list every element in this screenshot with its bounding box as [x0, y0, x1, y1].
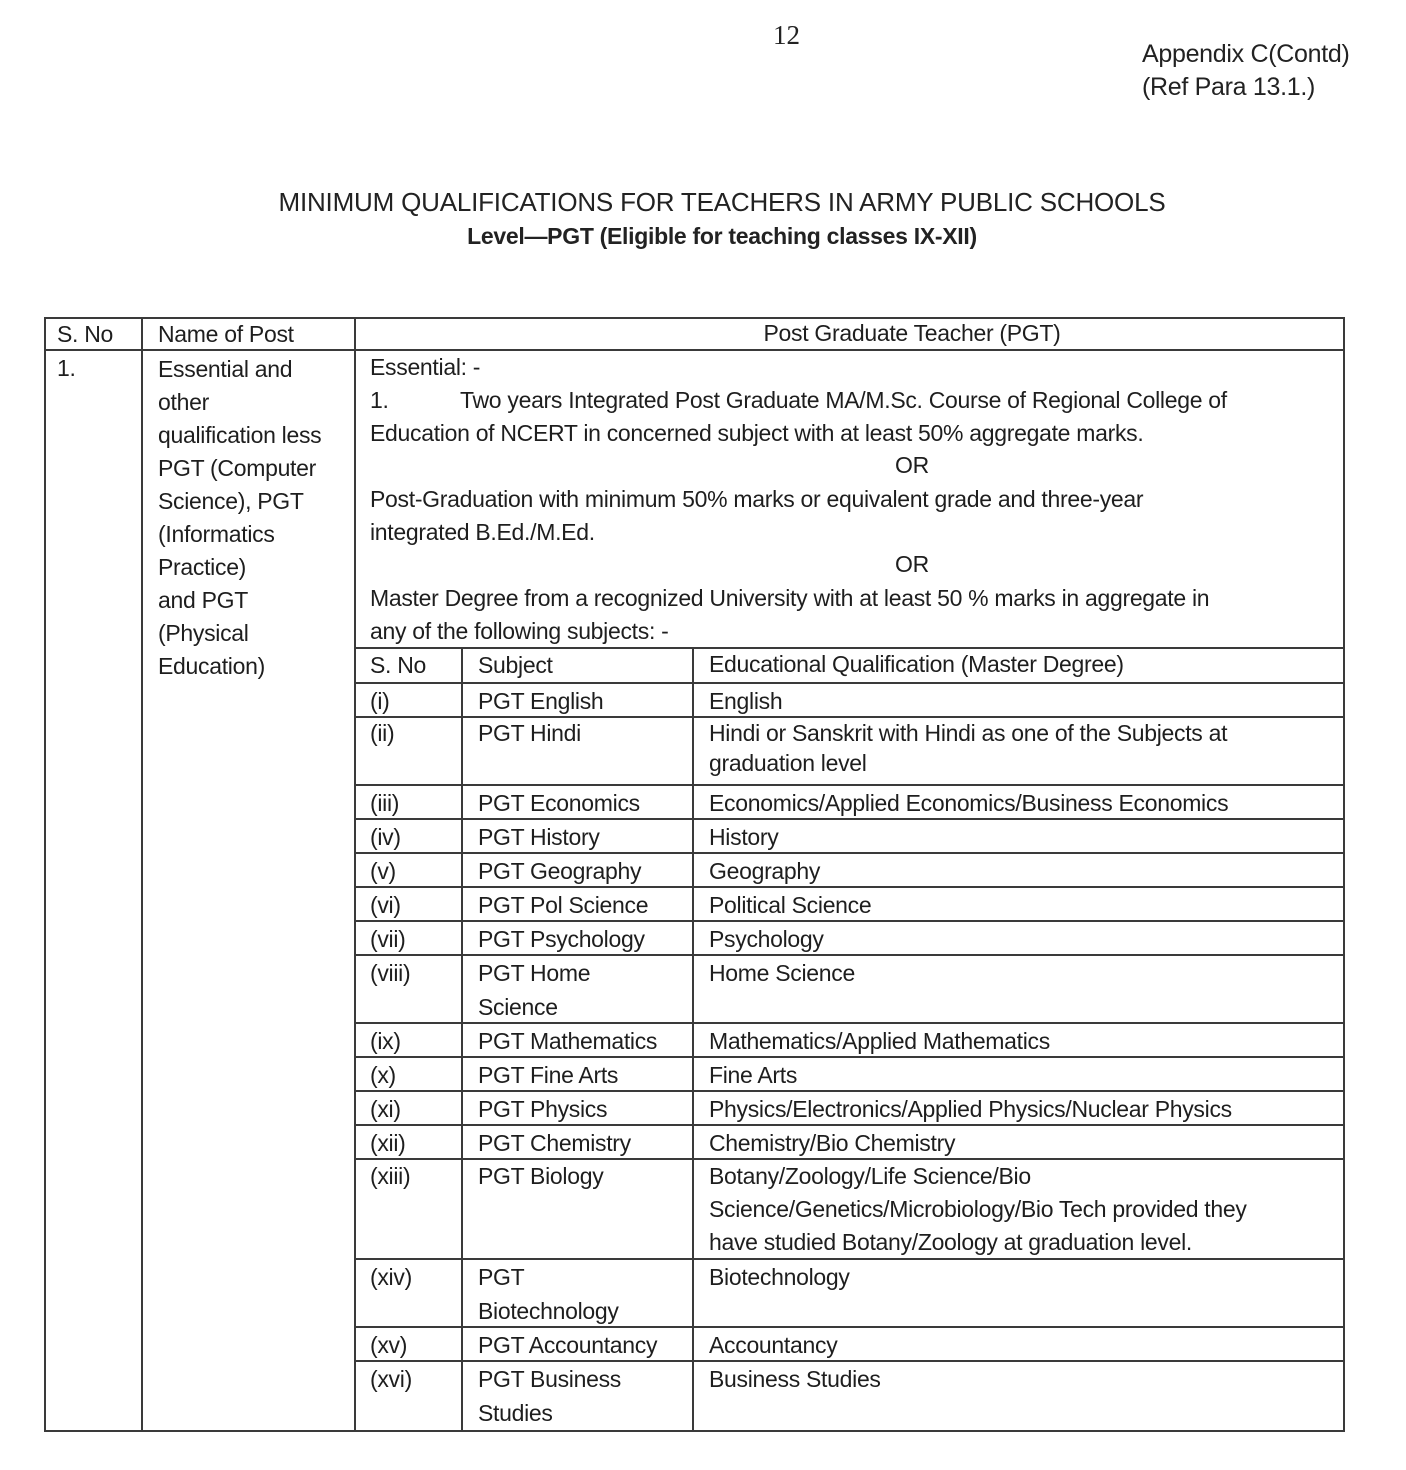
subject-qualification: Economics/Applied Economics/Business Eco…	[709, 786, 1228, 820]
appendix-label: Appendix C(Contd)	[1142, 38, 1350, 71]
subject-name-line: PGT Biology	[478, 1160, 603, 1193]
subject-name: PGT Economics	[478, 786, 640, 820]
subject-qualification: Chemistry/Bio Chemistry	[709, 1126, 955, 1160]
subject-qualification: Business Studies	[709, 1362, 881, 1396]
subject-qualification: Fine Arts	[709, 1058, 797, 1092]
subject-sno: (x)	[370, 1058, 396, 1092]
subject-name: PGT Mathematics	[478, 1024, 657, 1058]
subject-qualification: Physics/Electronics/Applied Physics/Nucl…	[709, 1092, 1232, 1126]
name-of-post-line: and PGT	[158, 584, 321, 617]
subject-qualification: Home Science	[709, 956, 855, 990]
subject-qualification: Psychology	[709, 922, 824, 956]
subject-sno: (xvi)	[370, 1362, 412, 1396]
or-separator-2: OR	[860, 548, 964, 581]
subject-name: PGT Accountancy	[478, 1328, 657, 1362]
name-of-post-line: other	[158, 386, 321, 419]
subject-qualification-line: graduation level	[709, 748, 1227, 778]
subject-qualification-line: Geography	[709, 854, 820, 888]
subject-name: PGT Pol Science	[478, 888, 648, 922]
subject-sno: (ix)	[370, 1024, 401, 1058]
page-number: 12	[773, 20, 800, 51]
subject-qualification: Hindi or Sanskrit with Hindi as one of t…	[709, 718, 1227, 778]
option-3-line-1: Master Degree from a recognized Universi…	[370, 582, 1209, 615]
name-of-post-line: qualification less	[158, 419, 321, 452]
subject-qualification-line: Business Studies	[709, 1362, 881, 1396]
subject-sno: (xi)	[370, 1092, 401, 1126]
header-post-graduate-teacher: Post Graduate Teacher (PGT)	[356, 317, 1406, 350]
document-title: MINIMUM QUALIFICATIONS FOR TEACHERS IN A…	[0, 187, 1406, 218]
name-of-post-line: Practice)	[158, 551, 321, 584]
subject-name: PGT HomeScience	[478, 956, 590, 1024]
essential-label: Essential: -	[370, 351, 480, 384]
row-sno: 1.	[57, 352, 76, 385]
subject-sno: (xiii)	[370, 1160, 410, 1193]
subject-header-sno: S. No	[370, 649, 426, 682]
subject-qualification-line: Physics/Electronics/Applied Physics/Nucl…	[709, 1092, 1232, 1126]
subject-qualification-line: English	[709, 684, 782, 718]
subject-qualification-line: Psychology	[709, 922, 824, 956]
subject-name-line: PGT Geography	[478, 854, 641, 888]
subject-name: PGTBiotechnology	[478, 1260, 619, 1328]
option-2-line-2: integrated B.Ed./M.Ed.	[370, 516, 595, 549]
subject-header-qualification: Educational Qualification (Master Degree…	[709, 648, 1124, 681]
subject-qualification: Mathematics/Applied Mathematics	[709, 1024, 1050, 1058]
subject-name: PGT Hindi	[478, 718, 581, 748]
table-col-divider-1	[141, 317, 143, 1432]
subject-name: PGT Biology	[478, 1160, 603, 1193]
subject-name-line: PGT English	[478, 684, 603, 718]
subject-name-line: Biotechnology	[478, 1294, 619, 1328]
subject-sno: (vi)	[370, 888, 401, 922]
subject-name-line: PGT History	[478, 820, 600, 854]
subject-qualification: Accountancy	[709, 1328, 837, 1362]
subject-qualification: Geography	[709, 854, 820, 888]
subject-name: PGT History	[478, 820, 600, 854]
table-col-divider-2	[354, 317, 356, 1432]
subject-qualification-line: Biotechnology	[709, 1260, 850, 1294]
or-separator-1: OR	[860, 449, 964, 482]
option-1-line-1: Two years Integrated Post Graduate MA/M.…	[460, 384, 1227, 417]
subject-name-line: PGT Pol Science	[478, 888, 648, 922]
subject-name-line: PGT Fine Arts	[478, 1058, 618, 1092]
subject-qualification: Biotechnology	[709, 1260, 850, 1294]
subject-qualification-line: Economics/Applied Economics/Business Eco…	[709, 786, 1228, 820]
table-border-left	[44, 317, 46, 1432]
subject-name-line: PGT	[478, 1260, 619, 1294]
subject-name: PGT English	[478, 684, 603, 718]
name-of-post-line: (Physical	[158, 617, 321, 650]
subject-qualification-line: Botany/Zoology/Life Science/Bio	[709, 1160, 1247, 1193]
subject-qualification-line: Chemistry/Bio Chemistry	[709, 1126, 955, 1160]
name-of-post-line: Essential and	[158, 353, 321, 386]
subject-qualification-line: Science/Genetics/Microbiology/Bio Tech p…	[709, 1193, 1247, 1226]
subject-name-line: PGT Economics	[478, 786, 640, 820]
subject-name-line: PGT Home	[478, 956, 590, 990]
subject-sno: (iv)	[370, 820, 401, 854]
table-border-bottom	[44, 1430, 1345, 1432]
subject-name: PGT Psychology	[478, 922, 645, 956]
subject-qualification: Botany/Zoology/Life Science/BioScience/G…	[709, 1160, 1247, 1259]
subject-sno: (ii)	[370, 718, 394, 748]
name-of-post-line: (Informatics	[158, 518, 321, 551]
subject-name: PGT Physics	[478, 1092, 607, 1126]
subject-sno: (v)	[370, 854, 396, 888]
subject-qualification-line: History	[709, 820, 778, 854]
subject-qualification-line: Home Science	[709, 956, 855, 990]
document-subtitle: Level—PGT (Eligible for teaching classes…	[0, 223, 1406, 250]
subject-name-line: Studies	[478, 1396, 621, 1430]
subject-name-line: PGT Chemistry	[478, 1126, 631, 1160]
header-name-of-post: Name of Post	[158, 318, 294, 351]
option-1-number: 1.	[370, 384, 389, 417]
appendix-reference: Appendix C(Contd) (Ref Para 13.1.)	[1142, 38, 1350, 104]
subject-qualification-line: Fine Arts	[709, 1058, 797, 1092]
subject-name: PGT BusinessStudies	[478, 1362, 621, 1430]
option-1-line-2: Education of NCERT in concerned subject …	[370, 417, 1143, 450]
subject-sno: (xii)	[370, 1126, 406, 1160]
table-border-right	[1343, 317, 1345, 1432]
subject-table-col-divider-1	[461, 648, 463, 1432]
option-2-line-1: Post-Graduation with minimum 50% marks o…	[370, 483, 1143, 516]
subject-table-col-divider-2	[692, 648, 694, 1432]
subject-qualification-line: Mathematics/Applied Mathematics	[709, 1024, 1050, 1058]
reference-paragraph: (Ref Para 13.1.)	[1142, 71, 1350, 104]
subject-qualification-line: Hindi or Sanskrit with Hindi as one of t…	[709, 718, 1227, 748]
name-of-post-cell: Essential andotherqualification lessPGT …	[158, 353, 321, 683]
subject-name: PGT Chemistry	[478, 1126, 631, 1160]
subject-sno: (xiv)	[370, 1260, 412, 1294]
subject-qualification-line: Accountancy	[709, 1328, 837, 1362]
subject-qualification: Political Science	[709, 888, 871, 922]
option-3-line-2: any of the following subjects: -	[370, 615, 669, 648]
subject-sno: (i)	[370, 684, 390, 718]
subject-name-line: PGT Mathematics	[478, 1024, 657, 1058]
name-of-post-line: PGT (Computer	[158, 452, 321, 485]
subject-name-line: PGT Accountancy	[478, 1328, 657, 1362]
subject-sno: (iii)	[370, 786, 399, 820]
subject-name-line: Science	[478, 990, 590, 1024]
subject-qualification: History	[709, 820, 778, 854]
subject-name-line: PGT Hindi	[478, 718, 581, 748]
name-of-post-line: Science), PGT	[158, 485, 321, 518]
subject-name: PGT Geography	[478, 854, 641, 888]
subject-sno: (vii)	[370, 922, 406, 956]
subject-name-line: PGT Business	[478, 1362, 621, 1396]
subject-qualification-line: have studied Botany/Zoology at graduatio…	[709, 1226, 1247, 1259]
subject-qualification-line: Political Science	[709, 888, 871, 922]
name-of-post-line: Education)	[158, 650, 321, 683]
subject-qualification: English	[709, 684, 782, 718]
subject-name: PGT Fine Arts	[478, 1058, 618, 1092]
subject-header-subject: Subject	[478, 649, 553, 682]
subject-name-line: PGT Physics	[478, 1092, 607, 1126]
subject-name-line: PGT Psychology	[478, 922, 645, 956]
subject-sno: (viii)	[370, 956, 410, 990]
header-sno: S. No	[57, 318, 113, 351]
subject-sno: (xv)	[370, 1328, 407, 1362]
